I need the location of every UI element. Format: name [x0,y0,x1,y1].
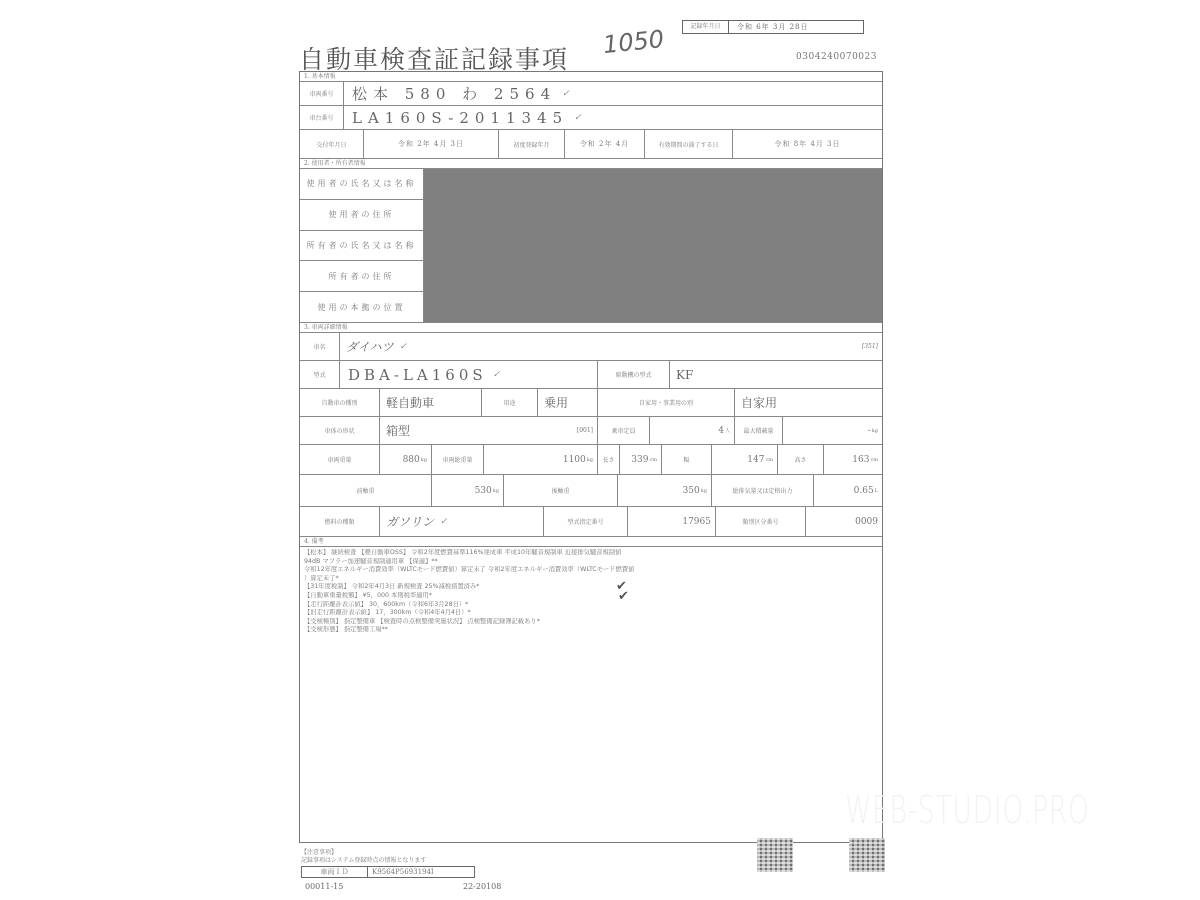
gross-weight-label: 車両総重量 [432,445,484,474]
registration-label: 車両番号 [300,82,344,105]
check-mark-icon: ✓ [440,517,448,527]
issue-date-value: 令和 6年 3月 28日 [729,21,863,33]
chassis-number: LA160S-2011345✓ [344,106,882,129]
weight-value: 880 [403,455,420,465]
displacement-cell: 0.65L [814,475,882,506]
expiry-label: 有効期間の満了する日 [645,130,733,158]
width-label: 幅 [662,445,712,474]
gross-weight-value: 1100 [563,455,586,465]
remarks-line: 【受検形態】 指定整備工場** [304,626,878,635]
front-axle-label: 前軸重 [300,475,432,506]
rear-axle-value: 350 [683,486,700,496]
remarks-block: 【松本】 継続検査 【軽自動車OSS】 令和2年度燃費基準116%達成車 平成1… [300,547,882,807]
check-mark-icon: ✓ [574,113,588,123]
body-shape-value: 箱型 [386,422,410,439]
maker-cell: ダイハツ✓ [351] [340,333,882,360]
body-row: 車体の形状 箱型 [001] 乗車定員 4人 最大積載量 -kg [300,417,882,445]
fuel-value: ガソリン [386,513,434,530]
owner-address-label: 所有者の住所 [300,261,423,292]
type-cert-value: 17965 [628,507,716,536]
maker-label: 車名 [300,333,340,360]
max-load-value: - [868,426,871,436]
front-axle-cell: 530kg [432,475,504,506]
model-cell: DBA-LA160S✓ [340,361,598,388]
check-mark-icon: ✓ [400,342,408,352]
record-frame: 1. 基本情報 車両番号 松本 580 わ 2564✓ 車台番号 LA160S-… [299,71,883,843]
length-cell: 339cm [620,445,662,474]
vehicle-type-value: 軽自動車 [380,389,482,416]
engine-value: KF [670,361,882,388]
check-mark-icon: ✓ [493,370,505,380]
vehicle-type-label: 自動車の種別 [300,389,380,416]
qr-code-icon [757,838,793,872]
purpose-label: 自家用・事業用の別 [598,389,735,416]
base-location-label: 使用の本拠の位置 [300,292,423,323]
owner-labels: 使用者の氏名又は名称 使用者の住所 所有者の氏名又は名称 所有者の住所 使用の本… [300,169,424,322]
remarks-line: 【自動車重量税額】 ¥5，000 本則税率適用* [304,592,878,601]
document-code: 0304240070023 [796,52,877,62]
length-value: 339 [631,455,648,465]
user-name-label: 使用者の氏名又は名称 [300,169,423,200]
model-row: 型式 DBA-LA160S✓ 原動機の型式 KF [300,361,882,389]
footer-left-code: 00011-15 [305,882,343,891]
section-owner-info-heading: 2. 使用者・所有者情報 [300,159,882,169]
fuel-row: 燃料の種類 ガソリン✓ 型式指定番号 17965 類別区分番号 0009 [300,507,882,537]
issue-date-box: 記録年月日 令和 6年 3月 28日 [682,20,864,34]
type-cert-label: 型式指定番号 [544,507,628,536]
use-label: 用途 [482,389,538,416]
qr-code-icon [849,838,885,872]
remarks-line: 94dB マフラー加速騒音規制適用車 【保適】** [304,558,878,567]
redacted-area [424,169,882,322]
front-axle-value: 530 [475,486,492,496]
rear-axle-cell: 350kg [618,475,712,506]
dates-row: 交付年月日 令和 2年 4月 3日 初度登録年月 令和 2年 4月 有効期間の満… [300,130,882,159]
expiry-value: 令和 8年 4月 3日 [733,130,882,158]
section-remarks-heading: 4. 備考 [300,537,882,547]
width-cell: 147cm [712,445,778,474]
chassis-label: 車台番号 [300,106,344,129]
remarks-line: ）算定未了* [304,575,878,584]
fuel-label: 燃料の種類 [300,507,380,536]
first-registration-label: 初度登録年月 [499,130,565,158]
vehicle-id-value: K9564P5693194I [368,867,434,877]
purpose-value: 自家用 [735,389,882,416]
remarks-line: 【受検種別】 指定整備車 【検査時の点検整備実施状況】 点検整備記録簿記載あり* [304,618,878,627]
section-vehicle-detail-heading: 3. 車両詳細情報 [300,323,882,333]
registration-number: 松本 580 わ 2564✓ [344,82,882,105]
handwritten-note: 1050 [602,25,666,59]
vehicle-id-box: 車両ＩＤ K9564P5693194I [301,866,475,878]
footer-right-code: 22-20108 [463,882,501,891]
length-label: 長さ [598,445,620,474]
issue-date-label: 記録年月日 [683,21,729,33]
inspection-certificate-record: 記録年月日 令和 6年 3月 28日 自動車検査証記録事項 1050 03042… [297,14,887,894]
vehicle-id-label: 車両ＩＤ [302,867,368,877]
registration-value: 松本 580 わ 2564 [352,83,556,104]
capacity-cell: 4人 [650,417,735,444]
category-value: 0009 [806,507,882,536]
capacity-value: 4 [718,426,724,436]
max-load-label: 最大積載量 [735,417,783,444]
type-row: 自動車の種別 軽自動車 用途 乗用 自家用・事業用の別 自家用 [300,389,882,417]
body-shape-cell: 箱型 [001] [380,417,598,444]
width-value: 147 [747,455,764,465]
issue-date-field-value: 令和 2年 4月 3日 [364,130,499,158]
remarks-line: 【旧走行距離計表示値】 17，300km（令和4年4月4日）* [304,609,878,618]
notes-text-wrap: 記録事項はシステム登録時点の情報となります [301,852,426,865]
first-registration-value: 令和 2年 4月 [565,130,645,158]
issue-date-field-label: 交付年月日 [300,130,364,158]
use-value: 乗用 [538,389,598,416]
body-shape-code: [001] [577,427,597,434]
owner-info-block: 使用者の氏名又は名称 使用者の住所 所有者の氏名又は名称 所有者の住所 使用の本… [300,169,882,323]
displacement-value: 0.65 [854,486,874,496]
remarks-line: 【31年度税制】 令和2年4月3日 新規検査 25%减税措置済み* [304,583,878,592]
max-load-cell: -kg [783,417,882,444]
weight-row: 車両重量 880kg 車両総重量 1100kg 長さ 339cm 幅 147cm… [300,445,882,475]
engine-label: 原動機の型式 [598,361,670,388]
height-label: 高さ [778,445,824,474]
weight-cell: 880kg [380,445,432,474]
model-label: 型式 [300,361,340,388]
remarks-line: 【松本】 継続検査 【軽自動車OSS】 令和2年度燃費基準116%達成車 平成1… [304,549,878,558]
check-mark-icon: ✔ [618,593,629,602]
chassis-value: LA160S-2011345 [352,109,568,127]
body-shape-label: 車体の形状 [300,417,380,444]
height-value: 163 [852,455,869,465]
maker-code: [351] [862,343,882,350]
maker-row: 車名 ダイハツ✓ [351] [300,333,882,361]
category-label: 類別区分番号 [716,507,806,536]
chassis-row: 車台番号 LA160S-2011345✓ [300,106,882,130]
maker-value: ダイハツ [346,338,394,355]
rear-axle-label: 後軸重 [504,475,618,506]
check-mark-icon: ✓ [562,89,576,99]
height-cell: 163cm [824,445,882,474]
owner-name-label: 所有者の氏名又は名称 [300,231,423,262]
user-address-label: 使用者の住所 [300,200,423,231]
remarks-line: 【走行距離計表示値】 30，600km（令和6年3月28日）* [304,601,878,610]
gross-weight-cell: 1100kg [484,445,598,474]
weight-label: 車両重量 [300,445,380,474]
notes-text: 記録事項はシステム登録時点の情報となります [301,856,426,865]
displacement-label: 総排気量又は定格出力 [712,475,814,506]
remarks-line: 令和12年度エネルギー消費効率（WLTCモード燃費値）算定未了 令和2年度エネル… [304,566,878,575]
capacity-label: 乗車定員 [598,417,650,444]
watermark: WEB-STUDIO.PRO [845,788,1090,832]
registration-row: 車両番号 松本 580 わ 2564✓ [300,82,882,106]
section-basic-info-heading: 1. 基本情報 [300,72,882,82]
fuel-cell: ガソリン✓ [380,507,544,536]
model-value: DBA-LA160S [348,366,487,384]
axle-row: 前軸重 530kg 後軸重 350kg 総排気量又は定格出力 0.65L [300,475,882,507]
